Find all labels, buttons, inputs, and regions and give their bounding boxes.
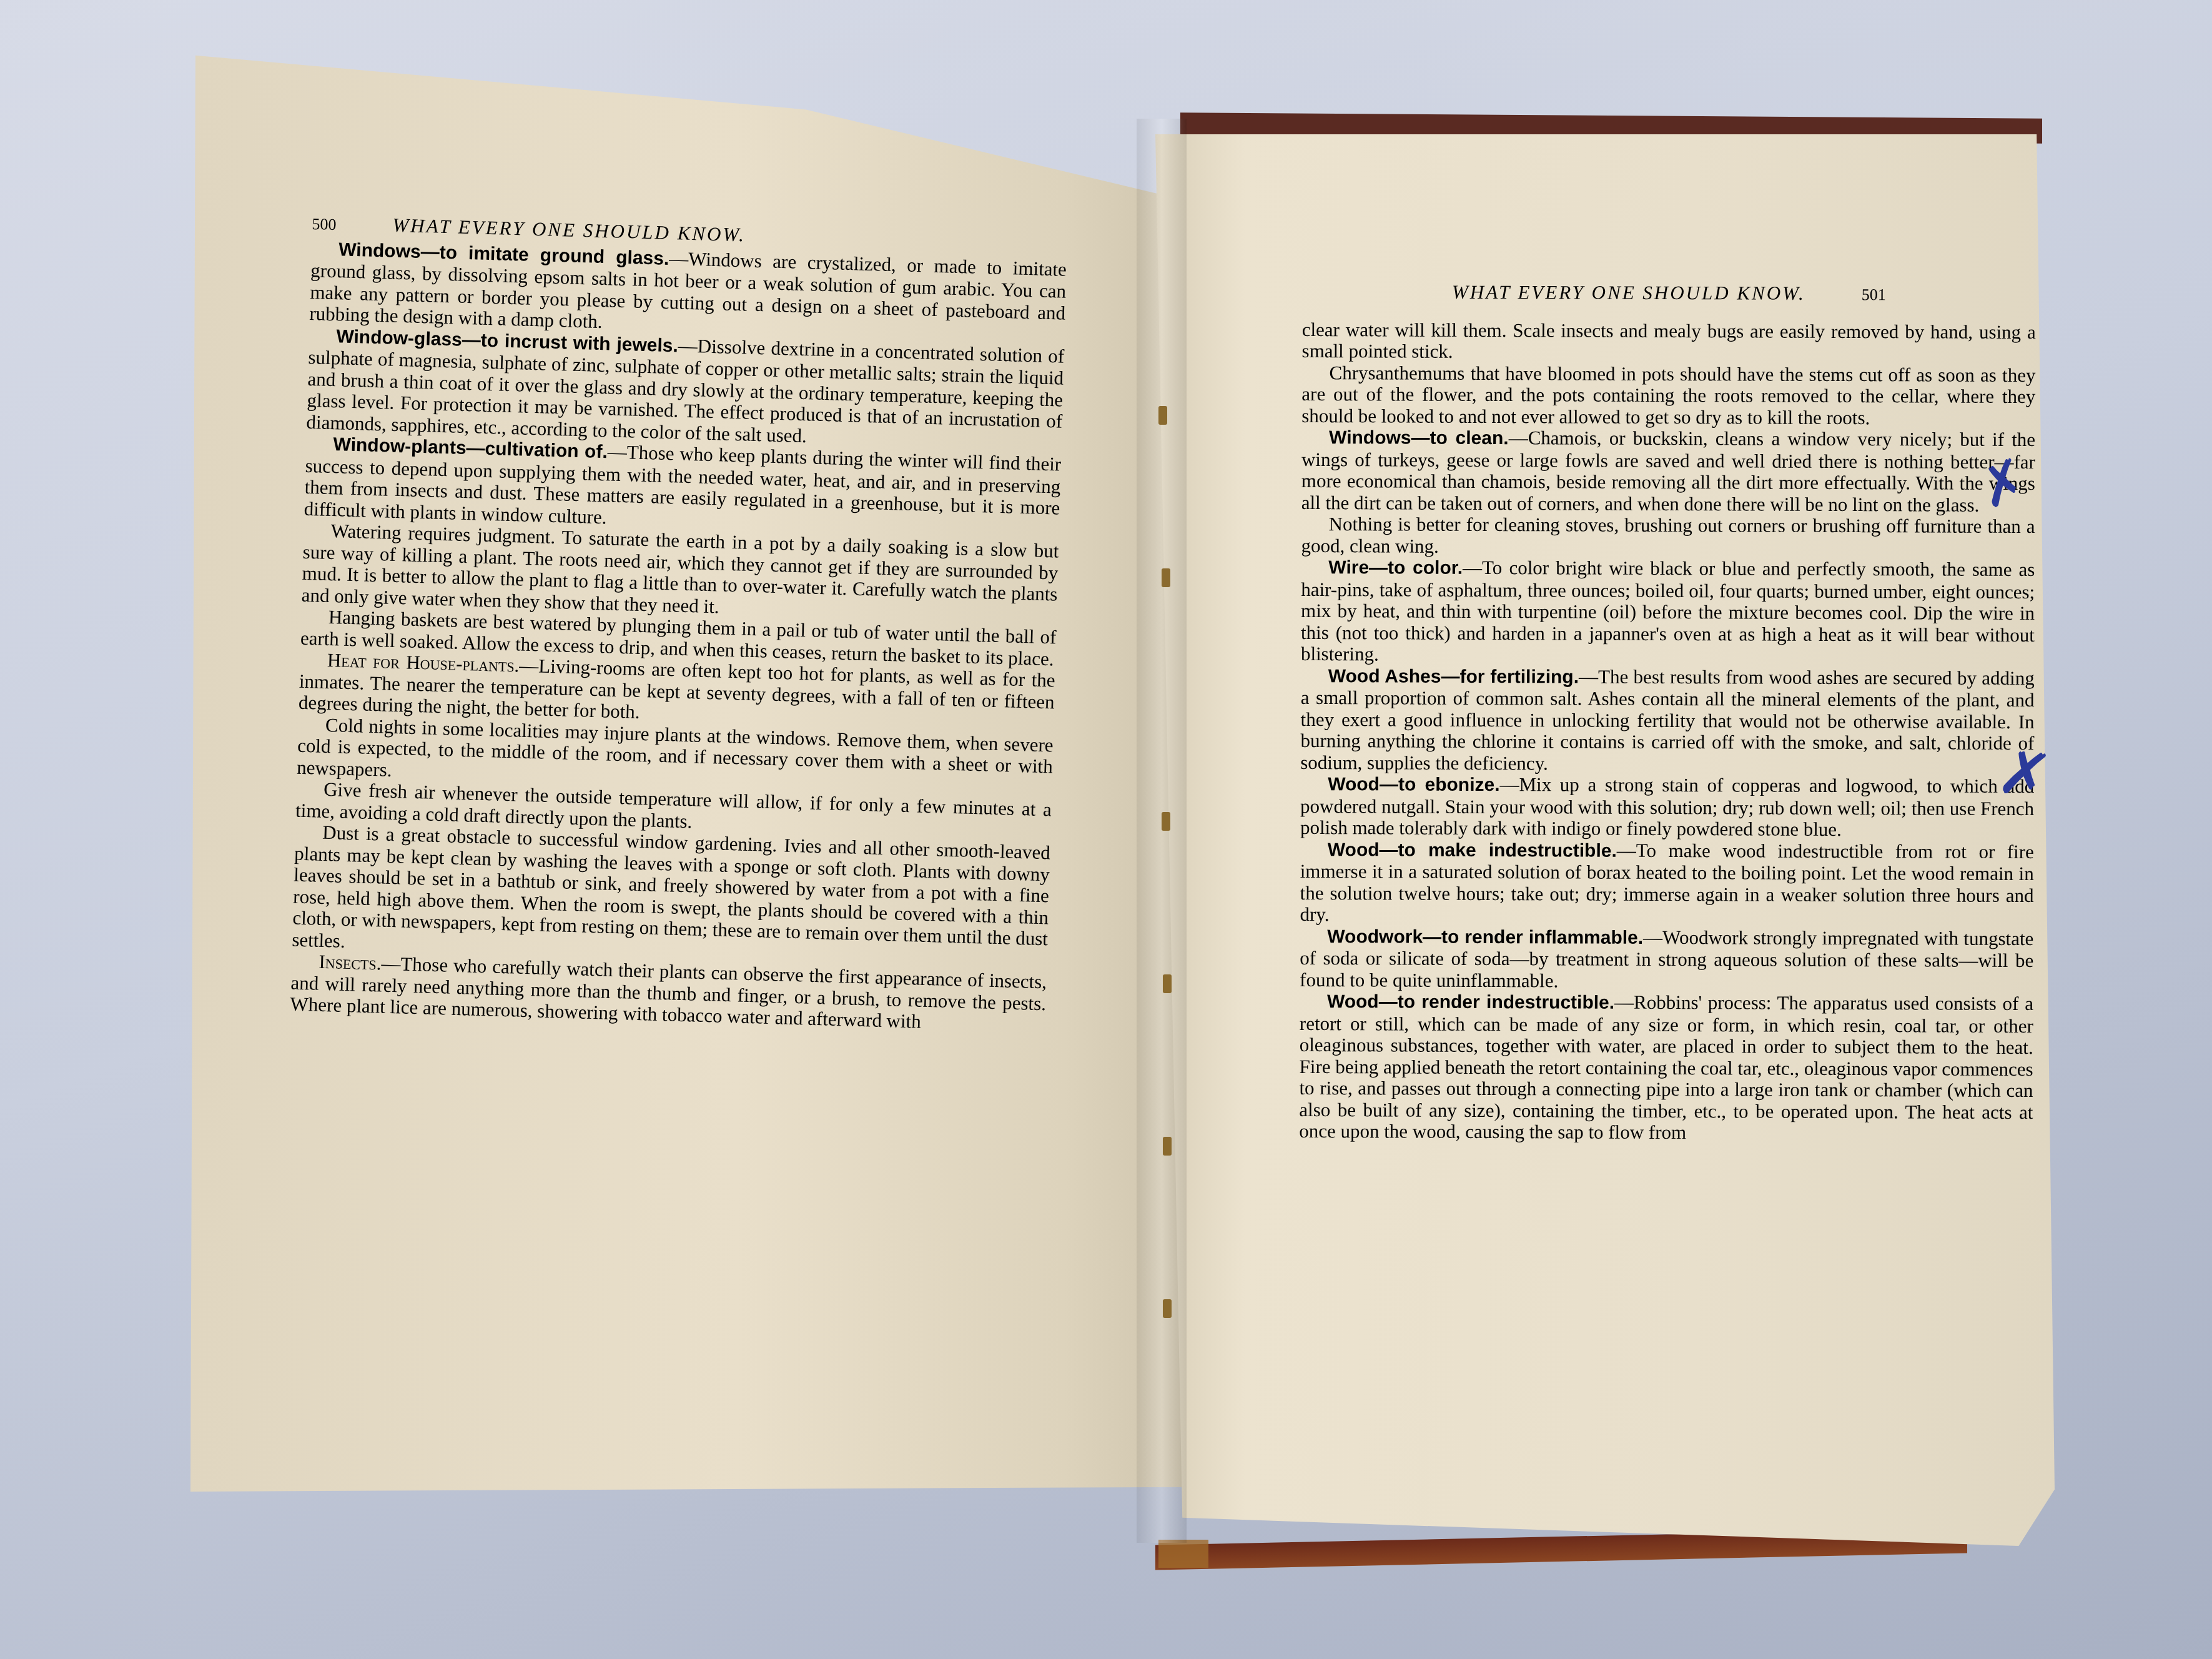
right-page-text: WHAT EVERY ONE SHOULD KNOW. 501 clear wa… — [1299, 281, 2036, 1145]
entry-title: Wood Ashes—for fertilizing. — [1328, 666, 1579, 687]
paragraph-dust: Dust is a great obstacle to successful w… — [292, 821, 1050, 972]
entry-woodwork-inflammable: Woodwork—to render inflammable.—Woodwork… — [1300, 925, 2033, 993]
running-title: WHAT EVERY ONE SHOULD KNOW. — [1452, 282, 1805, 304]
entry-title: Wire—to color. — [1328, 557, 1463, 578]
entry-wood-ashes: Wood Ashes—for fertilizing.—The best res… — [1300, 665, 2035, 776]
left-page-text: 500 WHAT EVERY ONE SHOULD KNOW. Windows—… — [290, 212, 1067, 1036]
paragraph-chrysanthemums: Chrysanthemums that have bloomed in pots… — [1301, 362, 2035, 429]
running-head-right: WHAT EVERY ONE SHOULD KNOW. 501 — [1302, 281, 2036, 307]
entry-title: Windows—to clean. — [1329, 427, 1509, 448]
book-gutter — [1137, 119, 1187, 1543]
paragraph-continued: clear water will kill them. Scale insect… — [1302, 319, 2036, 364]
entry-title: Wood—to render indestructible. — [1327, 991, 1614, 1013]
binding-stitch — [1163, 974, 1172, 993]
entry-title: Woodwork—to render inflammable. — [1327, 926, 1643, 948]
page-number: 501 — [1862, 284, 1886, 306]
entry-wire-color: Wire—to color.—To color bright wire blac… — [1301, 557, 2035, 668]
paragraph-cleaning-wing: Nothing is better for cleaning stoves, b… — [1301, 513, 2035, 559]
pen-x-mark-icon: ✗ — [1993, 739, 2056, 810]
binding-stitch — [1162, 812, 1170, 831]
binding-stitch — [1163, 1299, 1172, 1318]
entry-title: Insects. — [318, 951, 382, 974]
entry-wood-render-indestructible: Wood—to render indestructible.—Robbins' … — [1299, 991, 2033, 1145]
page-number: 500 — [312, 214, 337, 236]
binding-stitch — [1163, 1137, 1172, 1156]
binding-stitch — [1162, 568, 1170, 587]
binding-stitch — [1158, 406, 1167, 425]
entry-window-glass-jewels: Window-glass—to incrust with jewels.—Dis… — [306, 324, 1064, 453]
entry-wood-ebonize: Wood—to ebonize.—Mix up a strong stain o… — [1300, 773, 2034, 841]
entry-title: Wood—to ebonize. — [1328, 774, 1499, 795]
entry-wood-indestructible: Wood—to make indestructible.—To make woo… — [1300, 838, 2033, 928]
entry-windows-clean: Windows—to clean.—Chamois, or buckskin, … — [1301, 427, 2035, 516]
entry-title: Wood—to make indestructible. — [1328, 839, 1617, 861]
frayed-cover-corner — [1158, 1540, 1208, 1568]
